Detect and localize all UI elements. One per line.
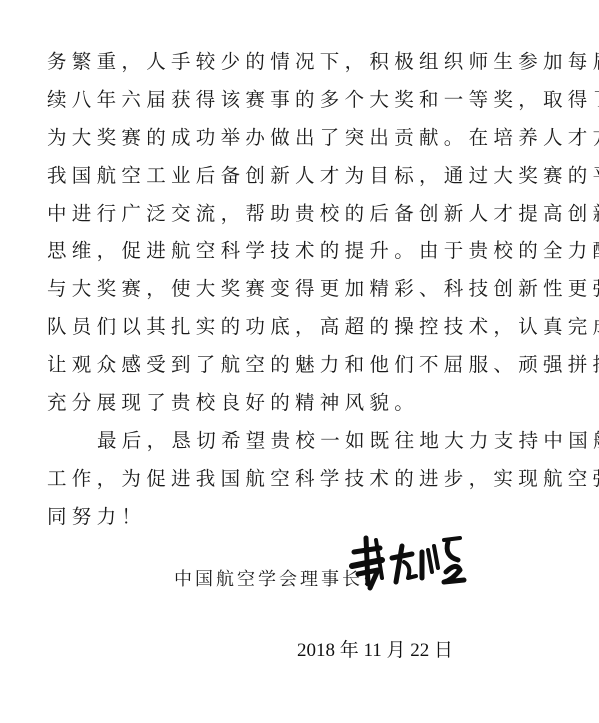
body-line: 为大奖赛的成功举办做出了突出贡献。在培养人才方面，以培养 [47, 124, 557, 162]
handwritten-signature-icon [348, 532, 468, 592]
body-line: 工作，为促进我国航空科学技术的进步，实现航空强国梦而共 [47, 465, 557, 503]
letter-page: 务繁重，人手较少的情况下，积极组织师生参加每届大奖赛，连 续八年六届获得该赛事的… [0, 0, 599, 723]
body-line: 务繁重，人手较少的情况下，积极组织师生参加每届大奖赛，连 [47, 48, 557, 86]
body-line: 队员们以其扎实的功底，高超的操控技术，认真完成每一场比赛， [47, 313, 557, 351]
body-line: 充分展现了贵校良好的精神风貌。 [47, 389, 557, 427]
signature-block: 中国航空学会理事长: [174, 566, 372, 596]
body-line: 我国航空工业后备创新人才为目标，通过大奖赛的平台，在比赛 [47, 162, 557, 200]
body-line: 让观众感受到了航空的魅力和他们不屈服、顽强拼搏的创新精神， [47, 351, 557, 389]
letter-body: 务繁重，人手较少的情况下，积极组织师生参加每届大奖赛，连 续八年六届获得该赛事的… [47, 48, 557, 541]
body-line: 与大奖赛，使大奖赛变得更加精彩、科技创新性更强，同时参赛 [47, 275, 557, 313]
closing-paragraph-line: 最后，恳切希望贵校一如既往地大力支持中国航空学会的 [47, 427, 557, 465]
letter-date: 2018 年 11 月 22 日 [297, 638, 453, 664]
body-line: 续八年六届获得该赛事的多个大奖和一等奖，取得了优异的成绩， [47, 86, 557, 124]
signature-label: 中国航空学会理事长: [174, 569, 372, 590]
body-line: 同努力！ [47, 503, 557, 541]
body-line: 中进行广泛交流，帮助贵校的后备创新人才提高创新能力、创新 [47, 200, 557, 238]
body-line: 思维，促进航空科学技术的提升。由于贵校的全力配合与积极参 [47, 237, 557, 275]
